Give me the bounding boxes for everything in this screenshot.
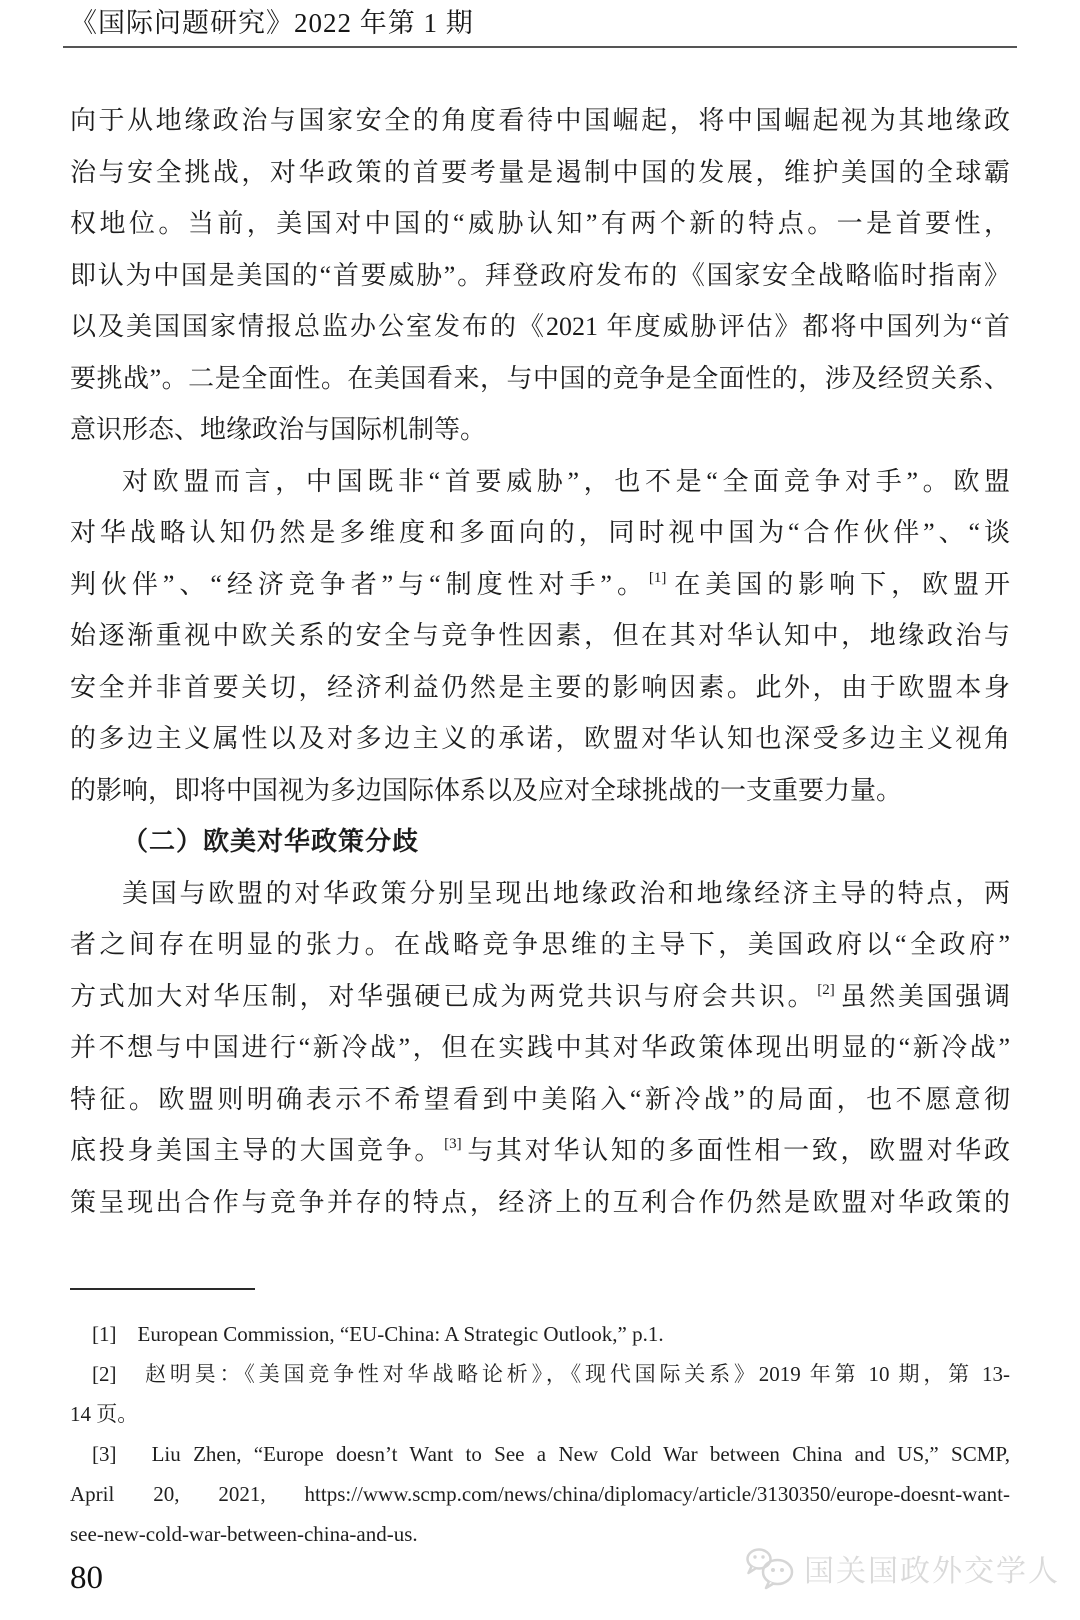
footnote-ref: [1] bbox=[649, 570, 667, 586]
journal-title: 《国际问题研究》2022 年第 1 期 bbox=[70, 8, 474, 38]
body-line: 治与安全挑战，对华政策的首要考量是遏制中国的发展，维护美国的全球霸 bbox=[70, 147, 1010, 199]
body-line: 方式加大对华压制，对华强硬已成为两党共识与府会共识。[2]虽然美国强调 bbox=[70, 971, 1010, 1023]
body-line: 权地位。当前，美国对中国的“威胁认知”有两个新的特点。一是首要性， bbox=[70, 198, 1010, 250]
footnote-line: [1] European Commission, “EU-China: A St… bbox=[70, 1314, 1010, 1354]
body-line: 意识形态、地缘政治与国际机制等。 bbox=[70, 404, 1010, 456]
body-line: 对欧盟而言，中国既非“首要威胁”，也不是“全面竞争对手”。欧盟 bbox=[70, 456, 1010, 508]
body-line: 即认为中国是美国的“首要威胁”。拜登政府发布的《国家安全战略临时指南》 bbox=[70, 250, 1010, 302]
watermark-text: 国关国政外交学人 bbox=[804, 1546, 1060, 1590]
footnote-separator bbox=[70, 1288, 255, 1290]
journal-page: 《国际问题研究》2022 年第 1 期 向于从地缘政治与国家安全的角度看待中国崛… bbox=[0, 0, 1080, 1620]
body-line: 向于从地缘政治与国家安全的角度看待中国崛起，将中国崛起视为其地缘政 bbox=[70, 95, 1010, 147]
article-body: 向于从地缘政治与国家安全的角度看待中国崛起，将中国崛起视为其地缘政治与安全挑战，… bbox=[70, 95, 1010, 1228]
body-line: 的多边主义属性以及对多边主义的承诺，欧盟对华认知也深受多边主义视角 bbox=[70, 713, 1010, 765]
body-line: 底投身美国主导的大国竞争。[3]与其对华认知的多面性相一致，欧盟对华政 bbox=[70, 1125, 1010, 1177]
body-line: 的影响，即将中国视为多边国际体系以及应对全球挑战的一支重要力量。 bbox=[70, 765, 1010, 817]
footnotes: [1] European Commission, “EU-China: A St… bbox=[70, 1314, 1010, 1554]
body-line: 始逐渐重视中欧关系的安全与竞争性因素，但在其对华认知中，地缘政治与 bbox=[70, 610, 1010, 662]
body-line: 美国与欧盟的对华政策分别呈现出地缘政治和地缘经济主导的特点，两 bbox=[70, 868, 1010, 920]
footnote-line: [3] Liu Zhen, “Europe doesn’t Want to Se… bbox=[70, 1434, 1010, 1474]
body-line: 者之间存在明显的张力。在战略竞争思维的主导下，美国政府以“全政府” bbox=[70, 919, 1010, 971]
body-line: 以及美国国家情报总监办公室发布的《2021 年度威胁评估》都将中国列为“首 bbox=[70, 301, 1010, 353]
footnote-ref: [3] bbox=[444, 1136, 462, 1152]
body-line: 特征。欧盟则明确表示不希望看到中美陷入“新冷战”的局面，也不愿意彻 bbox=[70, 1074, 1010, 1126]
footnote-line: 14 页。 bbox=[70, 1394, 1010, 1434]
body-line: 策呈现出合作与竞争并存的特点，经济上的互利合作仍然是欧盟对华政策的 bbox=[70, 1177, 1010, 1229]
section-heading: （二）欧美对华政策分歧 bbox=[70, 816, 1010, 868]
footnote-line: [2] 赵明昊：《美国竞争性对华战略论析》，《现代国际关系》2019 年第 10… bbox=[70, 1354, 1010, 1394]
header-divider bbox=[63, 46, 1017, 48]
wechat-icon bbox=[744, 1546, 796, 1590]
footnote-ref: [2] bbox=[817, 982, 835, 998]
journal-header: 《国际问题研究》2022 年第 1 期 bbox=[70, 6, 474, 40]
body-line: 要挑战”。二是全面性。在美国看来，与中国的竞争是全面性的，涉及经贸关系、 bbox=[70, 353, 1010, 405]
body-line: 对华战略认知仍然是多维度和多面向的，同时视中国为“合作伙伴”、“谈 bbox=[70, 507, 1010, 559]
watermark: 国关国政外交学人 bbox=[744, 1546, 1060, 1590]
footnote-line: April 20, 2021, https://www.scmp.com/new… bbox=[70, 1474, 1010, 1514]
body-line: 判伙伴”、“经济竞争者”与“制度性对手”。[1]在美国的影响下，欧盟开 bbox=[70, 559, 1010, 611]
body-line: 并不想与中国进行“新冷战”，但在实践中其对华政策体现出明显的“新冷战” bbox=[70, 1022, 1010, 1074]
page-number: 80 bbox=[70, 1558, 103, 1598]
body-line: 安全并非首要关切，经济利益仍然是主要的影响因素。此外，由于欧盟本身 bbox=[70, 662, 1010, 714]
